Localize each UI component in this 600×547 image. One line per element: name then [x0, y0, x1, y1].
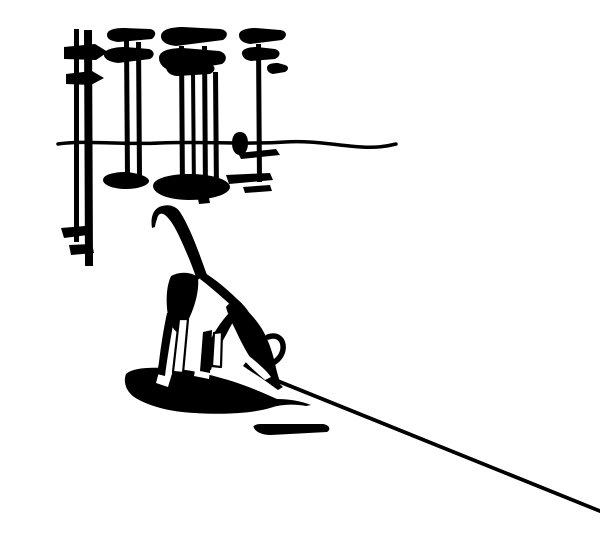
post1-foot-upper [61, 226, 88, 238]
tree4-base-dash-lower [243, 185, 272, 193]
ink-illustration-canvas [40, 16, 600, 531]
tree4-foliage-top [239, 28, 286, 44]
dog-tail [151, 205, 207, 280]
dog-frontleg-near-white [212, 332, 222, 367]
tree3-base-tip [198, 198, 210, 204]
illustration-svg [40, 16, 600, 531]
scent-trail-line [273, 377, 600, 526]
tree3-trunk-4 [213, 72, 219, 192]
tree2-trunk-left [124, 40, 130, 178]
tree2-trunk-right [136, 42, 142, 176]
dog-frontleg-black [200, 330, 212, 373]
tree2-foliage-top [107, 28, 155, 42]
tree3-trunk-1 [179, 46, 185, 195]
post1-line-left [74, 29, 79, 242]
horizon-line [58, 142, 396, 148]
dog-ground-shadow [125, 368, 311, 414]
post1-crossbar-upper [64, 44, 108, 60]
tree4-base-dash-upper [226, 173, 273, 184]
tree3-foliage-top [161, 27, 227, 46]
tree4-frond-right [267, 63, 288, 74]
tree2-foot [103, 172, 149, 189]
ground-dash [253, 424, 329, 435]
post1-crossbar-lower [66, 71, 104, 85]
tree4-trunk [256, 44, 262, 182]
tree3-trunk-3 [202, 46, 208, 195]
